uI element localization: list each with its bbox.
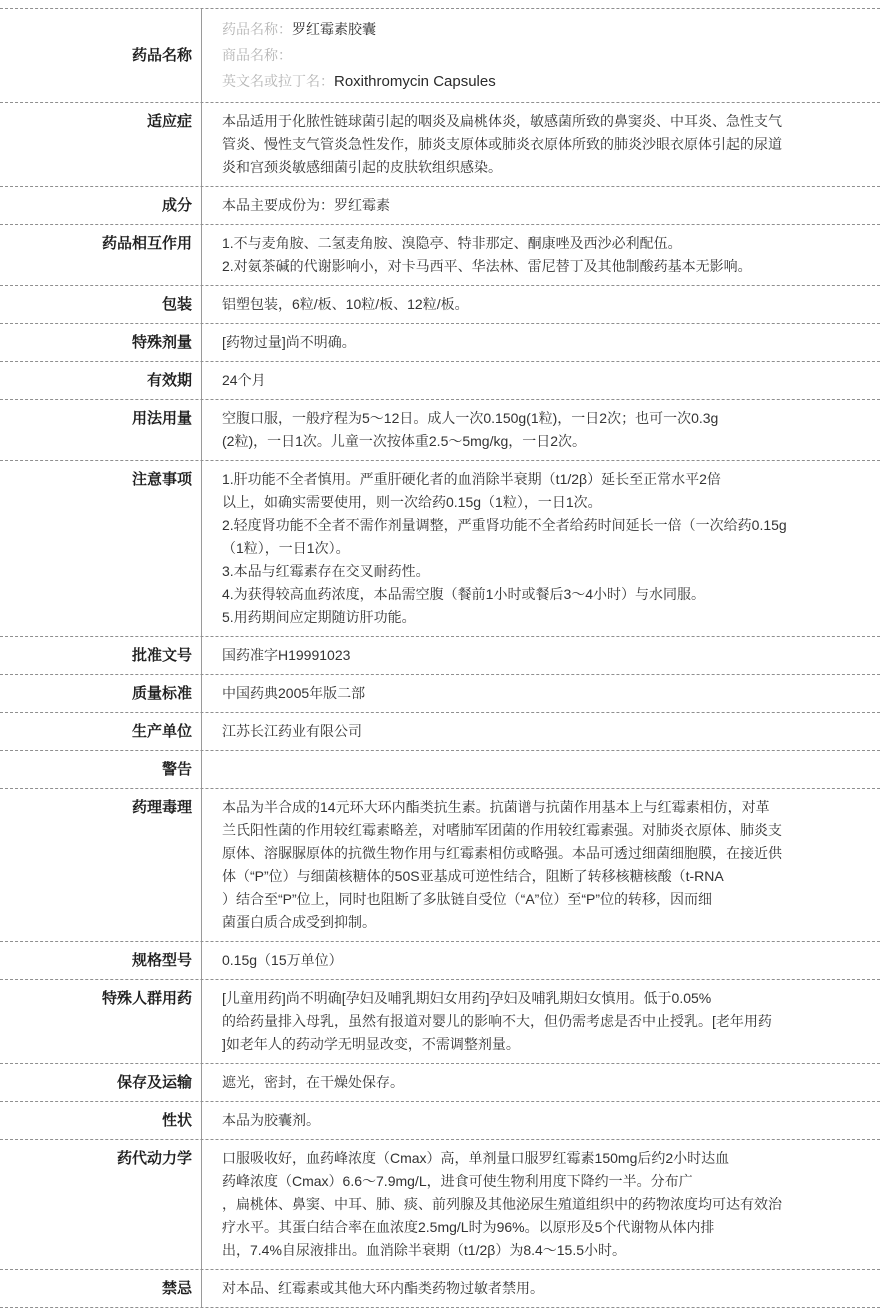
row-ingredients: 成分 本品主要成份为：罗红霉素 [0,186,880,224]
row-content: 24个月 [202,362,880,399]
row-content: 对本品、红霉素或其他大环内酯类药物过敏者禁用。 [202,1270,880,1307]
row-content: 本品为半合成的14元环大环内酯类抗生素。抗菌谱与抗菌作用基本上与红霉素相仿，对革… [202,789,880,941]
row-specification: 规格型号 0.15g（15万单位） [0,941,880,979]
row-label: 包装 [0,286,202,323]
english-name-key: 英文名或拉丁名： [222,73,334,89]
row-precautions: 注意事项 1.肝功能不全者慎用。严重肝硬化者的血消除半衰期（t1/2β）延长至正… [0,460,880,636]
row-special-dosage: 特殊剂量 [药物过量]尚不明确。 [0,323,880,361]
row-validity-period: 有效期 24个月 [0,361,880,399]
row-label: 质量标准 [0,675,202,712]
row-label: 规格型号 [0,942,202,979]
row-warning: 警告 [0,750,880,788]
row-content: 遮光，密封，在干燥处保存。 [202,1064,880,1101]
generic-name-value: 罗红霉素胶囊 [292,21,376,37]
drug-info-page: 药品名称 药品名称：罗红霉素胶囊商品名称：英文名或拉丁名：Roxithromyc… [0,0,880,1210]
row-content: 0.15g（15万单位） [202,942,880,979]
row-label: 注意事项 [0,461,202,636]
row-label: 药品相互作用 [0,225,202,285]
trade-name-line: 商品名称： [222,42,868,68]
row-label: 性状 [0,1102,202,1139]
row-approval-number: 批准文号 国药准字H19991023 [0,636,880,674]
row-label: 药代动力学 [0,1140,202,1269]
row-contraindications: 禁忌 对本品、红霉素或其他大环内酯类药物过敏者禁用。 [0,1269,880,1307]
row-content: [儿童用药]尚不明确[孕妇及哺乳期妇女用药]孕妇及哺乳期妇女慎用。低于0.05%… [202,980,880,1063]
row-special-populations: 特殊人群用药 [儿童用药]尚不明确[孕妇及哺乳期妇女用药]孕妇及哺乳期妇女慎用。… [0,979,880,1063]
row-content: 本品主要成份为：罗红霉素 [202,187,880,224]
row-pharmacokinetics: 药代动力学 口服吸收好，血药峰浓度（Cmax）高，单剂量口服罗红霉素150mg后… [0,1139,880,1269]
drug-name-content: 药品名称：罗红霉素胶囊商品名称：英文名或拉丁名：Roxithromycin Ca… [202,9,880,102]
row-storage-transport: 保存及运输 遮光，密封，在干燥处保存。 [0,1063,880,1101]
row-content: 1.肝功能不全者慎用。严重肝硬化者的血消除半衰期（t1/2β）延长至正常水平2倍… [202,461,880,636]
row-pharmacology-toxicology: 药理毒理 本品为半合成的14元环大环内酯类抗生素。抗菌谱与抗菌作用基本上与红霉素… [0,788,880,941]
row-label: 用法用量 [0,400,202,460]
row-drug-name: 药品名称 药品名称：罗红霉素胶囊商品名称：英文名或拉丁名：Roxithromyc… [0,8,880,102]
row-label: 成分 [0,187,202,224]
row-content [202,751,880,788]
english-name-value: Roxithromycin Capsules [334,73,496,90]
row-content: 铝塑包装，6粒/板、10粒/板、12粒/板。 [202,286,880,323]
row-content: [药物过量]尚不明确。 [202,324,880,361]
row-drug-interactions: 药品相互作用 1.不与麦角胺、二氢麦角胺、溴隐亭、特非那定、酮康唑及西沙必利配伍… [0,224,880,285]
row-label: 药理毒理 [0,789,202,941]
row-dosage-administration: 用法用量 空腹口服，一般疗程为5～12日。成人一次0.150g(1粒)，一日2次… [0,399,880,460]
drug-info-table: 药品名称 药品名称：罗红霉素胶囊商品名称：英文名或拉丁名：Roxithromyc… [0,8,880,1308]
row-content: 本品适用于化脓性链球菌引起的咽炎及扁桃体炎，敏感菌所致的鼻窦炎、中耳炎、急性支气… [202,103,880,186]
row-content: 口服吸收好，血药峰浓度（Cmax）高，单剂量口服罗红霉素150mg后约2小时达血… [202,1140,880,1269]
generic-name-line: 药品名称：罗红霉素胶囊 [222,16,868,42]
row-label: 警告 [0,751,202,788]
row-quality-standard: 质量标准 中国药典2005年版二部 [0,674,880,712]
generic-name-key: 药品名称： [222,21,292,37]
row-properties: 性状 本品为胶囊剂。 [0,1101,880,1139]
trade-name-key: 商品名称： [222,47,292,63]
row-label: 特殊剂量 [0,324,202,361]
row-label: 禁忌 [0,1270,202,1307]
row-label: 适应症 [0,103,202,186]
row-content: 1.不与麦角胺、二氢麦角胺、溴隐亭、特非那定、酮康唑及西沙必利配伍。 2.对氨茶… [202,225,880,285]
row-manufacturer: 生产单位 江苏长江药业有限公司 [0,712,880,750]
row-content: 空腹口服，一般疗程为5～12日。成人一次0.150g(1粒)，一日2次；也可一次… [202,400,880,460]
row-indications: 适应症 本品适用于化脓性链球菌引起的咽炎及扁桃体炎，敏感菌所致的鼻窦炎、中耳炎、… [0,102,880,186]
row-content: 江苏长江药业有限公司 [202,713,880,750]
row-label: 特殊人群用药 [0,980,202,1063]
row-content: 国药准字H19991023 [202,637,880,674]
row-content: 本品为胶囊剂。 [202,1102,880,1139]
row-label: 生产单位 [0,713,202,750]
row-label: 保存及运输 [0,1064,202,1101]
row-packaging: 包装 铝塑包装，6粒/板、10粒/板、12粒/板。 [0,285,880,323]
row-label: 药品名称 [0,9,202,102]
row-content: 中国药典2005年版二部 [202,675,880,712]
english-name-line: 英文名或拉丁名：Roxithromycin Capsules [222,68,868,95]
row-label: 有效期 [0,362,202,399]
row-label: 批准文号 [0,637,202,674]
